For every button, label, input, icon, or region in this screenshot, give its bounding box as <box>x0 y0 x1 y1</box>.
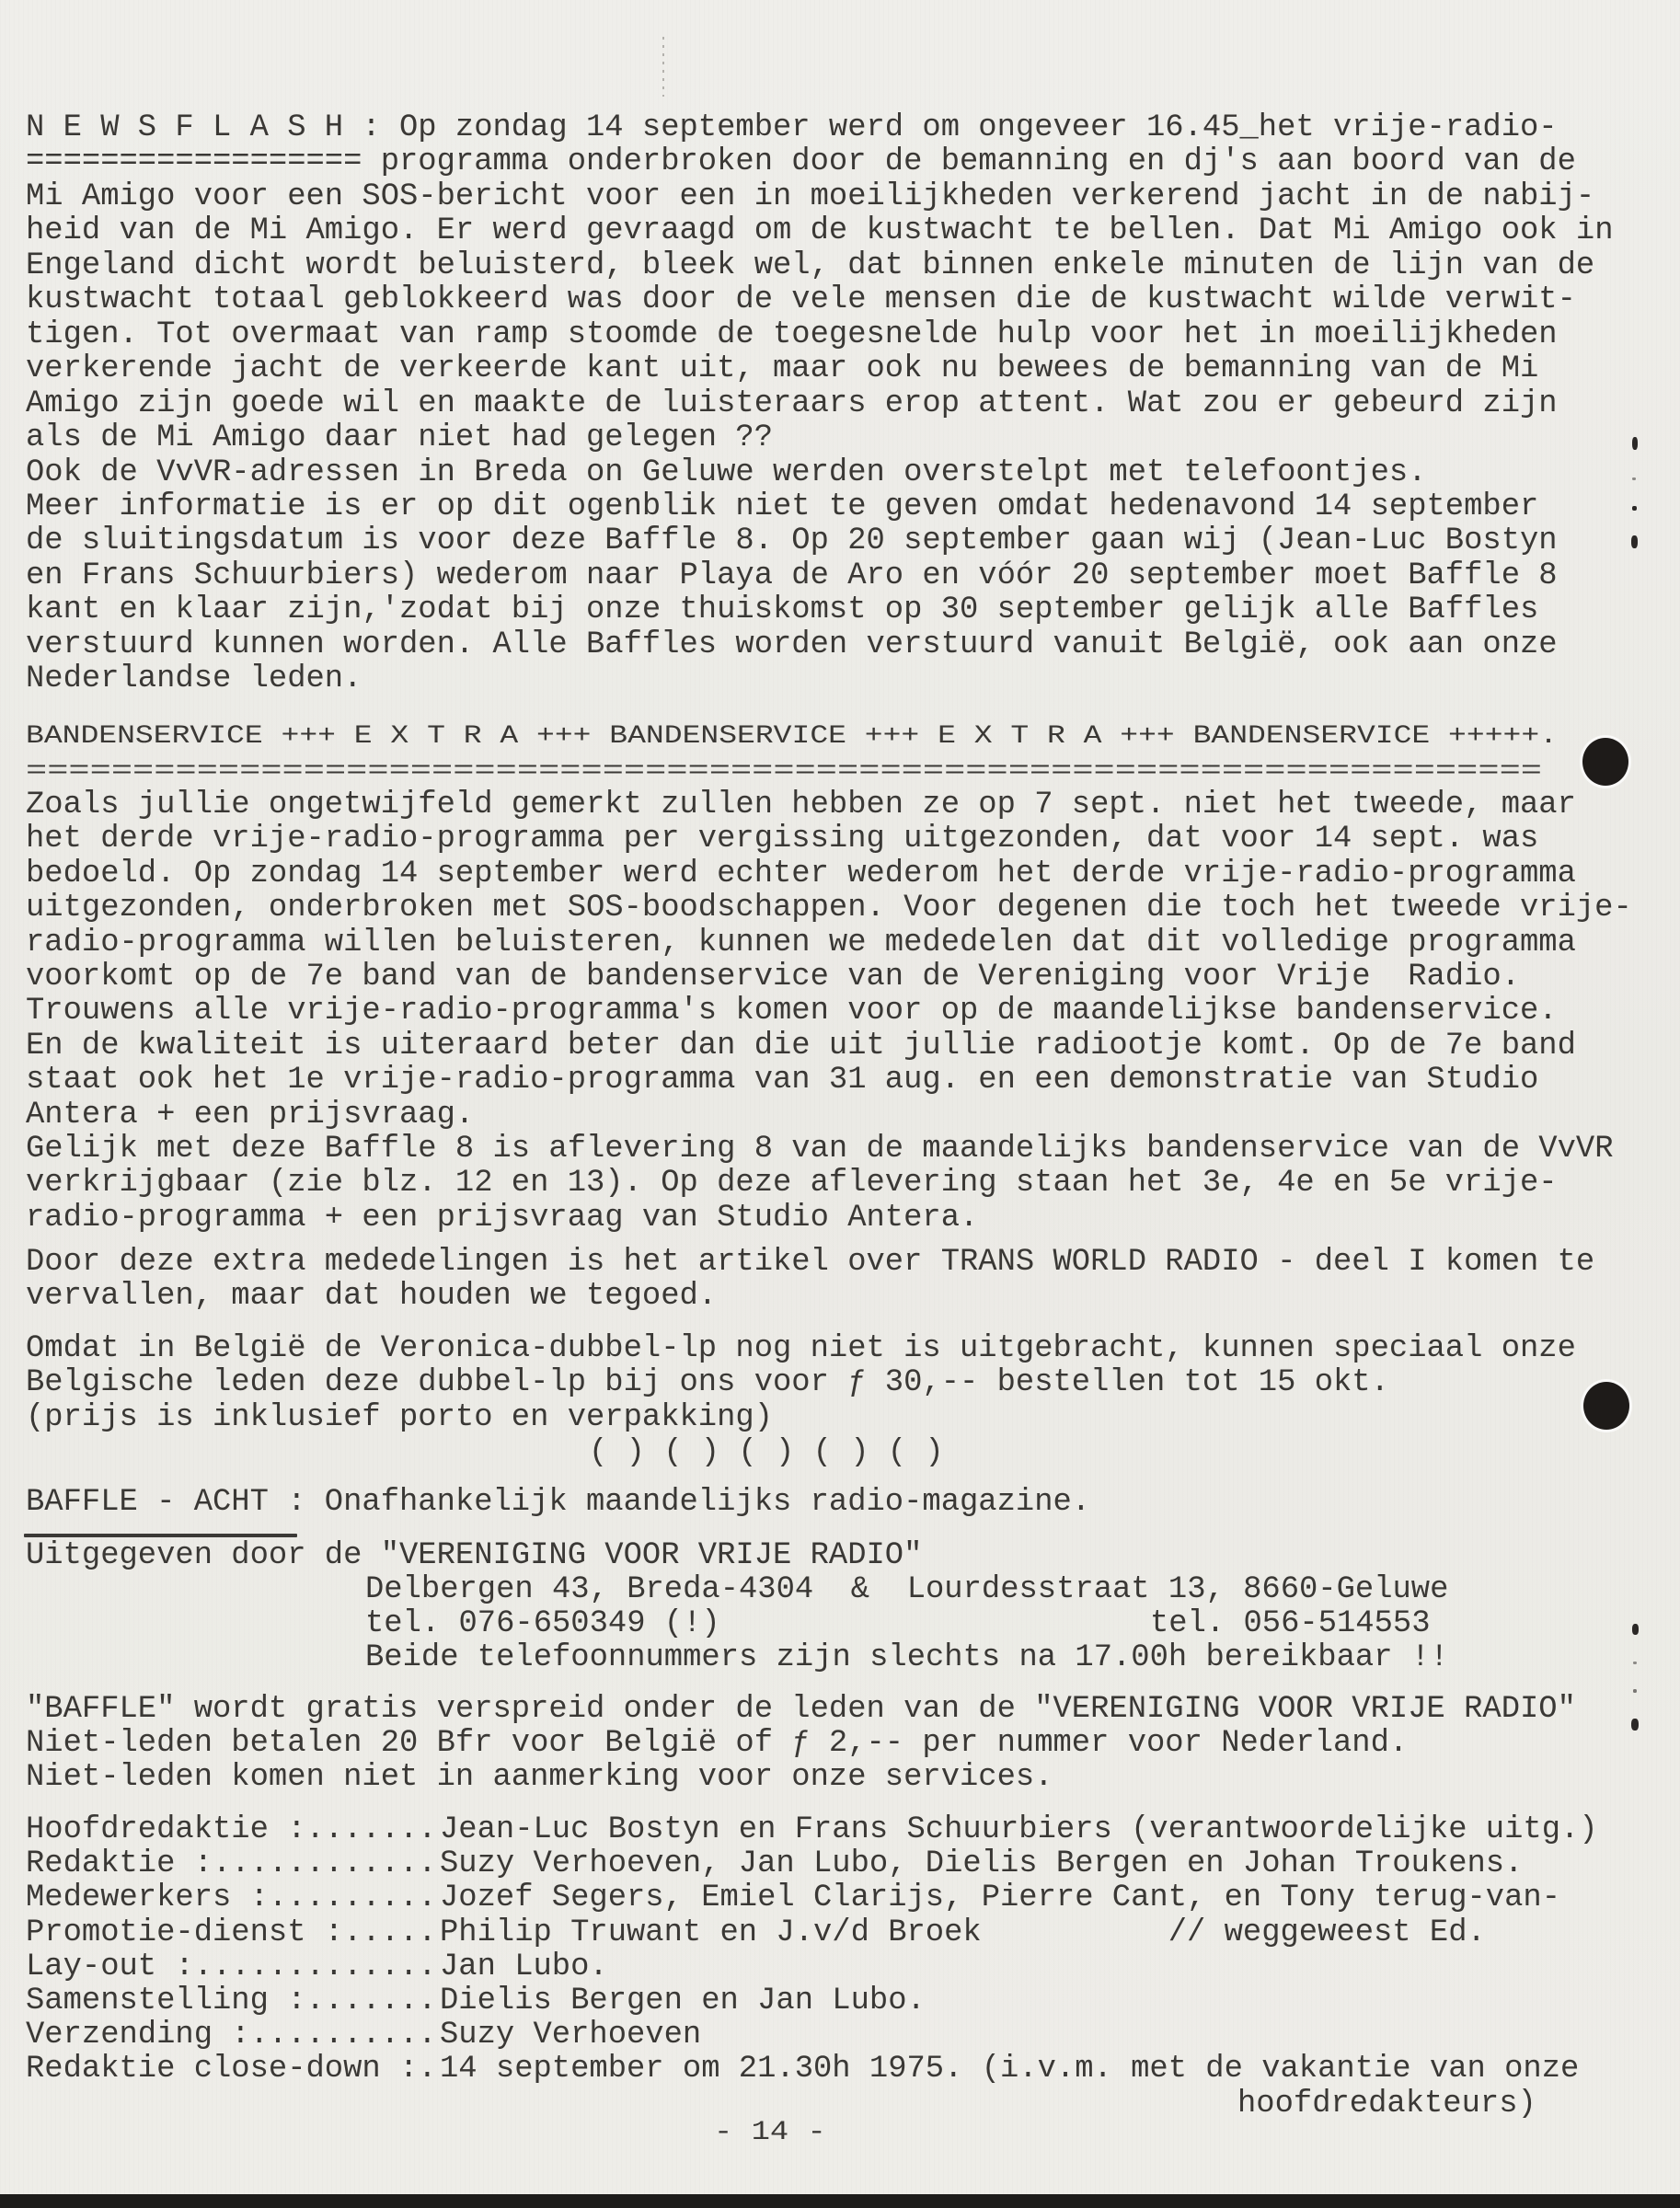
text-line: Belgische leden deze dubbel-lp bij ons v… <box>26 1366 1389 1400</box>
credit-names: Jozef Segers, Emiel Clarijs, Pierre Cant… <box>440 1881 1560 1915</box>
text-line: Meer informatie is er op dit ogenblik ni… <box>26 490 1538 524</box>
text-line: Ook de VvVR-adressen in Breda on Geluwe … <box>26 456 1427 490</box>
text-line: Zoals jullie ongetwijfeld gemerkt zullen… <box>26 788 1576 822</box>
closing-continuation: hoofdredakteurs) <box>1237 2087 1536 2122</box>
text-line: Antera + een prijsvraag. <box>26 1098 474 1133</box>
margin-mark <box>1632 1624 1639 1635</box>
margin-mark <box>1632 506 1637 511</box>
margin-mark <box>1632 437 1638 450</box>
text-line: heid van de Mi Amigo. Er werd gevraagd o… <box>26 214 1614 248</box>
margin-mark <box>1633 1662 1637 1664</box>
credit-role: Redaktie :............ <box>26 1847 437 1881</box>
text-line: Nederlandse leden. <box>26 662 362 696</box>
credit-role: Lay-out :............. <box>26 1950 437 1984</box>
text-line: Amigo zijn goede wil en maakte de luiste… <box>26 387 1558 421</box>
text-line: ================== programma onderbroken… <box>26 145 1576 179</box>
separator-parentheses: ( ) ( ) ( ) ( ) ( ) <box>589 1436 944 1470</box>
credit-role: Samenstelling :....... <box>26 1984 437 2018</box>
text-line: verstuurd kunnen worden. Alle Baffles wo… <box>26 628 1558 662</box>
text-line: uitgezonden, onderbroken met SOS-boodsch… <box>26 891 1632 926</box>
text-line: Gelijk met deze Baffle 8 is aflevering 8… <box>26 1133 1614 1167</box>
text-line: vervallen, maar dat houden we tegoed. <box>26 1280 717 1314</box>
text-line: als de Mi Amigo daar niet had gelegen ?? <box>26 421 773 455</box>
text-line: en Frans Schuurbiers) wederom naar Playa… <box>26 559 1558 593</box>
text-line: voorkomt op de 7e band van de bandenserv… <box>26 960 1520 995</box>
credit-names: Dielis Bergen en Jan Lubo. <box>440 1984 926 2018</box>
text-line: Door deze extra mededelingen is het arti… <box>26 1246 1594 1280</box>
text-line: kustwacht totaal geblokkeerd was door de… <box>26 283 1576 317</box>
text-line: staat ook het 1e vrije-radio-programma v… <box>26 1064 1538 1098</box>
phone-left: tel. 076-650349 (!) <box>365 1607 720 1641</box>
text-line: het derde vrije-radio-programma per verg… <box>26 822 1538 857</box>
credit-role: Redaktie close-down :. <box>26 2053 437 2087</box>
text-line: radio-programma willen beluisteren, kunn… <box>26 926 1576 960</box>
credit-names: Philip Truwant en J.v/d Broek // weggewe… <box>440 1916 1486 1950</box>
credit-names: Suzy Verhoeven, Jan Lubo, Dielis Bergen … <box>440 1847 1523 1881</box>
text-line: Mi Amigo voor een SOS-bericht voor een i… <box>26 180 1594 214</box>
text-line: Engeland dicht wordt beluisterd, bleek w… <box>26 249 1594 283</box>
text-line: radio-programma + een prijsvraag van Stu… <box>26 1202 978 1236</box>
credit-names: Suzy Verhoeven <box>440 2018 701 2053</box>
credit-role: Promotie-dienst :..... <box>26 1916 437 1950</box>
text-line: de sluitingsdatum is voor deze Baffle 8.… <box>26 524 1558 558</box>
text-line: "BAFFLE" wordt gratis verspreid onder de… <box>26 1693 1576 1727</box>
margin-mark <box>1633 1689 1637 1693</box>
margin-mark <box>1631 1719 1639 1731</box>
text-line: En de kwaliteit is uiteraard beter dan d… <box>26 1029 1576 1064</box>
phone-hours-note: Beide telefoonnummers zijn slechts na 17… <box>365 1641 1448 1675</box>
text-line: Niet-leden komen niet in aanmerking voor… <box>26 1761 1053 1795</box>
phone-right: tel. 056-514553 <box>1150 1607 1431 1641</box>
text-line: tigen. Tot overmaat van ramp stoomde de … <box>26 318 1558 352</box>
colophon-title-underline <box>24 1534 297 1537</box>
text-line: kant en klaar zijn,'zodat bij onze thuis… <box>26 593 1538 627</box>
margin-mark <box>1631 535 1638 548</box>
margin-mark <box>1632 477 1636 480</box>
text-line: Trouwens alle vrije-radio-programma's ko… <box>26 995 1558 1029</box>
punch-hole-upper <box>1582 738 1628 786</box>
bandenservice-underline: ========================================… <box>26 754 1542 788</box>
fold-mark <box>662 37 664 97</box>
text-line: verkrijgbaar (zie blz. 12 en 13). Op dez… <box>26 1167 1558 1201</box>
punch-hole-lower <box>1583 1382 1629 1430</box>
credit-names: Jean-Luc Bostyn en Frans Schuurbiers (ve… <box>440 1813 1598 1847</box>
publisher-line: Uitgegeven door de "VERENIGING VOOR VRIJ… <box>26 1539 922 1573</box>
page-number: - 14 - <box>714 2116 826 2150</box>
text-line: verkerende jacht de verkeerde kant uit, … <box>26 352 1538 386</box>
colophon-title: BAFFLE - ACHT : Onafhankelijk maandelijk… <box>26 1486 1090 1520</box>
text-line: (prijs is inklusief porto en verpakking) <box>26 1401 773 1435</box>
bandenservice-banner: BANDENSERVICE +++ E X T R A +++ BANDENSE… <box>26 719 1558 753</box>
address-line: Delbergen 43, Breda-4304 & Lourdesstraat… <box>365 1573 1448 1607</box>
text-line: Niet-leden betalen 20 Bfr voor België of… <box>26 1727 1408 1761</box>
credit-role: Medewerkers :......... <box>26 1881 437 1915</box>
text-line: Omdat in België de Veronica-dubbel-lp no… <box>26 1332 1576 1366</box>
text-line: N E W S F L A S H : Op zondag 14 septemb… <box>26 111 1558 145</box>
credit-role: Hoofdredaktie :....... <box>26 1813 437 1847</box>
scan-edge <box>0 2194 1680 2208</box>
credit-names: 14 september om 21.30h 1975. (i.v.m. met… <box>440 2053 1579 2087</box>
credit-names: Jan Lubo. <box>440 1950 608 1984</box>
text-line: bedoeld. Op zondag 14 september werd ech… <box>26 857 1576 891</box>
credit-role: Verzending :.......... <box>26 2018 437 2053</box>
typewritten-page: N E W S F L A S H : Op zondag 14 septemb… <box>0 0 1680 2194</box>
